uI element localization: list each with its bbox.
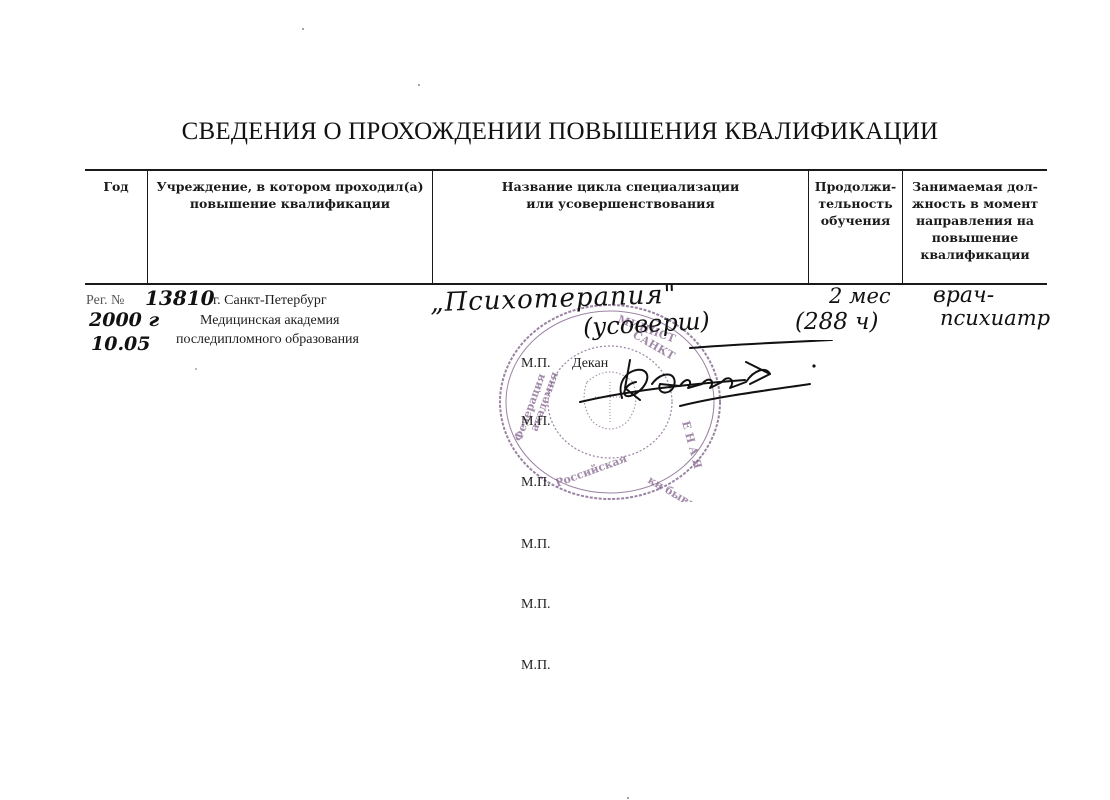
hours-value: (288 ч) xyxy=(795,309,878,335)
position-line1: врач- xyxy=(933,283,994,308)
header-institution: Учреждение, в котором проходил(а) повыше… xyxy=(147,171,432,283)
svg-text:Российская: Российская xyxy=(554,452,629,490)
svg-text:кн бывшая: кн бывшая xyxy=(646,473,716,502)
institution-city: г. Санкт-Петербург xyxy=(213,293,327,309)
stamp-place-label: М.П. xyxy=(521,475,551,491)
position-line2: психиатр xyxy=(940,306,1050,330)
header-duration: Продолжи- тельность обучения xyxy=(808,171,903,283)
institution-name-line1: Медицинская академия xyxy=(200,313,340,329)
svg-text:Федерация: Федерация xyxy=(512,372,548,443)
year-value: 2000 г xyxy=(89,309,159,331)
qualification-table-header: Год Учреждение, в котором проходил(а) по… xyxy=(85,169,1047,285)
header-year: Год xyxy=(85,171,147,283)
dean-label: Декан xyxy=(572,356,608,372)
date-value: 10.05 xyxy=(91,333,151,355)
registration-number-label: Рег. № xyxy=(86,293,124,309)
header-course-name: Название цикла специализации или усоверш… xyxy=(432,171,808,283)
stamp-place-label: М.П. xyxy=(521,537,551,553)
stamp-place-label: М.П. xyxy=(521,414,551,430)
scan-speck xyxy=(627,797,629,799)
header-position: Занимаемая дол- жность в момент направле… xyxy=(903,171,1047,283)
registration-number: 13810 xyxy=(145,286,215,310)
duration-value: 2 мес xyxy=(829,284,891,308)
scan-speck xyxy=(418,84,420,86)
dean-signature xyxy=(570,340,840,420)
stamp-place-label: М.П. xyxy=(521,356,551,372)
svg-text:Е Н А Я: Е Н А Я xyxy=(679,419,704,470)
stamp-place-label: М.П. xyxy=(521,597,551,613)
page-title: СВЕДЕНИЯ О ПРОХОЖДЕНИИ ПОВЫШЕНИЯ КВАЛИФИ… xyxy=(0,118,1110,146)
institution-name-line2: последипломного образования xyxy=(176,332,359,348)
stamp-place-label: М.П. xyxy=(521,658,551,674)
scan-speck xyxy=(195,368,197,370)
course-type-note: (усоверш) xyxy=(582,307,710,342)
scan-speck xyxy=(302,28,304,30)
